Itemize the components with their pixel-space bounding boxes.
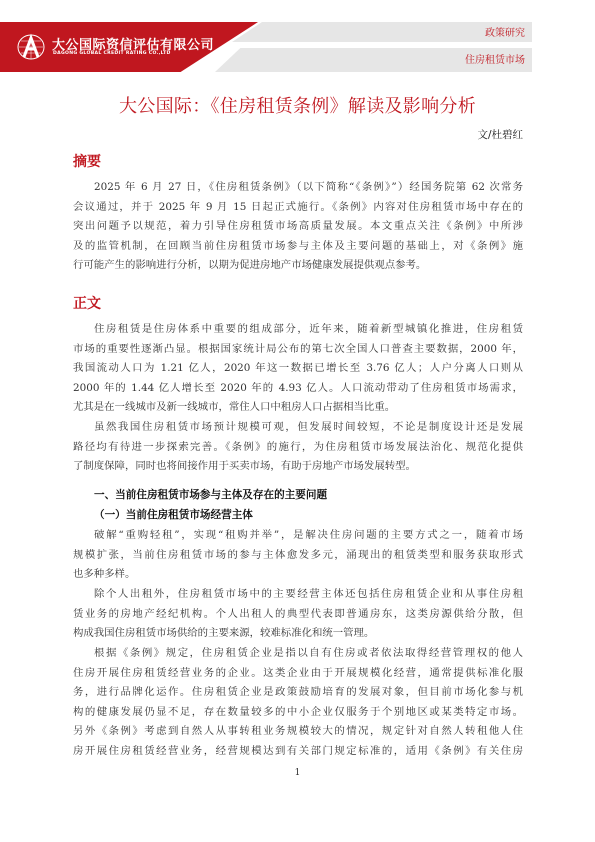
text-line: 2025 年 6 月 27 日，《住房租赁条例》（以下简称“《条例》”）经国务院…: [73, 178, 523, 198]
text-line: 务，进行品牌化运作。住房租赁企业是政策鼓励培育的发展对象，但目前市场化参与机: [73, 683, 523, 703]
dagong-emblem-icon: [16, 33, 46, 61]
section-1-heading: 一、当前住房租赁市场参与主体及存在的主要问题: [94, 487, 327, 502]
body-paragraph-4: 除个人出租外，住房租赁市场中的主要经营主体还包括住房租赁企业和从事住房租 赁业务…: [73, 585, 523, 644]
text-line: 除个人出租外，住房租赁市场中的主要经营主体还包括住房租赁企业和从事住房租: [73, 585, 523, 605]
text-line: 住房开展住房租赁经营业务的企业。这类企业由于开展规模化经营，通常提供标准化服: [73, 664, 523, 684]
text-line: 我国流动人口为 1.21 亿人，2020 年这一数据已增长至 3.76 亿人；人…: [73, 359, 523, 379]
body-paragraph-5: 根据《条例》规定，住房租赁企业是指以自有住房或者依法取得经营管理权的他人 住房开…: [73, 644, 523, 762]
text-line: 规模扩张，当前住房租赁市场的参与主体愈发多元，涌现出的租赁类型和服务获取形式: [73, 546, 523, 566]
abstract-heading: 摘要: [73, 151, 101, 171]
body-paragraph-2: 虽然我国住房租赁市场预计规模可观，但发展时间较短，不论是制度设计还是发展 路径均…: [73, 418, 523, 477]
text-line: 2000 年的 1.44 亿人增长至 2020 年的 4.93 亿人。人口流动带…: [73, 379, 523, 399]
text-line: 行可能产生的影响进行分析，以期为促进房地产市场健康发展提供观点参考。: [73, 256, 523, 276]
text-line: 及的监管机制，在回顾当前住房租赁市场参与主体及主要问题的基础上，对《条例》施: [73, 237, 523, 257]
text-line: 尤其是在一线城市及新一线城市，常住人口中租房人口占据相当比重。: [73, 398, 523, 418]
text-line: 房开展住房租赁经营业务，经营规模达到有关部门规定标准的，适用《条例》有关住房: [73, 742, 523, 762]
text-line: 会议通过，并于 2025 年 9 月 15 日起正式施行。《条例》内容对住房租赁…: [73, 198, 523, 218]
text-line: 也多种多样。: [73, 565, 523, 585]
topic-tag: 住房租赁市场: [465, 51, 525, 66]
author-byline: 文/杜碧红: [477, 127, 523, 142]
text-line: 另外《条例》考虑到自然人从事转租业务规模较大的情况，规定针对自然人转租他人住: [73, 722, 523, 742]
text-line: 住房租赁是住房体系中重要的组成部分，近年来，随着新型城镇化推进，住房租赁: [73, 320, 523, 340]
text-line: 赁业务的房地产经纪机构。个人出租人的典型代表即普通房东，这类房源供给分散，但: [73, 605, 523, 625]
text-line: 构的健康发展仍显不足，存在数量较多的中小企业仅服务于个别地区或某类特定市场。: [73, 703, 523, 723]
body-paragraph-1: 住房租赁是住房体系中重要的组成部分，近年来，随着新型城镇化推进，住房租赁 市场的…: [73, 320, 523, 418]
body-paragraph-3: 破解“重购轻租”，实现“租购并举”，是解决住房问题的主要方式之一，随着市场 规模…: [73, 526, 523, 585]
text-line: 路径均有待进一步探索完善。《条例》的施行，为住房租赁市场发展法治化、规范化提供: [73, 438, 523, 458]
text-line: 虽然我国住房租赁市场预计规模可观，但发展时间较短，不论是制度设计还是发展: [73, 418, 523, 438]
company-name-en: DAGONG GLOBAL CREDIT RATING CO.,LTD: [53, 51, 171, 56]
body-heading: 正文: [73, 293, 101, 313]
subsection-1-heading: （一）当前住房租赁市场经营主体: [94, 507, 253, 522]
page-number: 1: [0, 768, 595, 778]
text-line: 构成我国住房租赁市场供给的主要来源，较难标准化和统一管理。: [73, 624, 523, 644]
text-line: 了制度保障，同时也将间接作用于买卖市场，有助于房地产市场发展转型。: [73, 457, 523, 477]
text-line: 市场的重要性逐渐凸显。根据国家统计局公布的第七次全国人口普查主要数据，2000 …: [73, 340, 523, 360]
text-line: 根据《条例》规定，住房租赁企业是指以自有住房或者依法取得经营管理权的他人: [73, 644, 523, 664]
abstract-paragraph: 2025 年 6 月 27 日，《住房租赁条例》（以下简称“《条例》”）经国务院…: [73, 178, 523, 276]
document-title: 大公国际：《住房租赁条例》解读及影响分析: [0, 92, 595, 118]
text-line: 破解“重购轻租”，实现“租购并举”，是解决住房问题的主要方式之一，随着市场: [73, 526, 523, 546]
text-line: 突出问题予以规范，着力引导住房租赁市场高质量发展。本文重点关注《条例》中所涉: [73, 217, 523, 237]
category-tag: 政策研究: [485, 24, 525, 39]
